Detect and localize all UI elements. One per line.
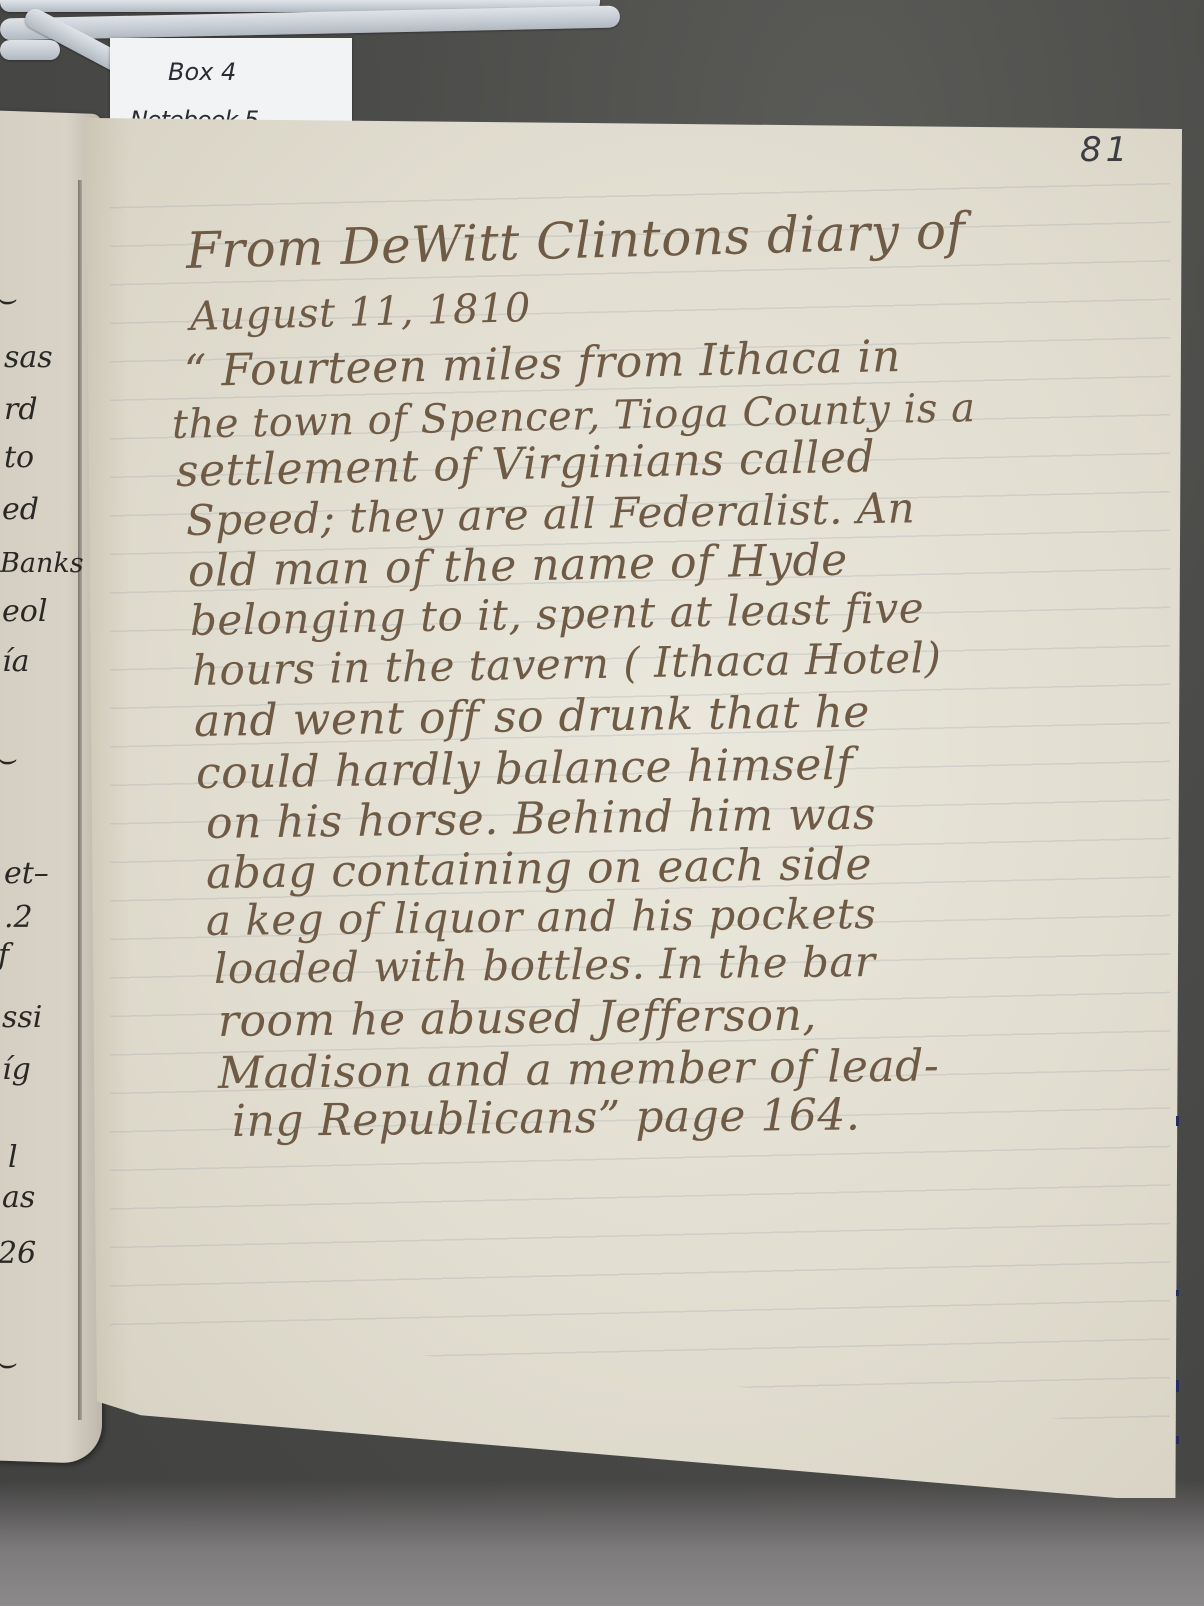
binding-cord (0, 40, 60, 60)
left-fragment: eol (2, 594, 47, 629)
edge-mark (1176, 1290, 1179, 1296)
handwritten-line: and went off so drunk that he (194, 687, 871, 747)
page-number: 81 (1080, 130, 1131, 170)
left-fragment: ⌣ (0, 742, 16, 777)
left-fragment: Banks (0, 548, 84, 579)
table-surface (0, 1480, 1204, 1606)
left-fragment: ía (2, 644, 29, 679)
handwritten-line: room he abused Jefferson, (218, 990, 817, 1047)
left-fragment: .2 (4, 900, 33, 935)
left-fragment: 26 (0, 1236, 36, 1271)
handwritten-line: loaded with bottles. In the bar (214, 937, 876, 993)
edge-mark (1176, 1116, 1179, 1126)
left-fragment: f (0, 938, 9, 973)
handwritten-line: a keg of liquor and his pockets (206, 889, 877, 945)
archive-box-number: Box 4 (168, 58, 236, 86)
edge-mark (1176, 1380, 1179, 1392)
edge-mark (1176, 1436, 1179, 1444)
left-fragment: ssi (2, 1000, 42, 1035)
left-fragment: ⌣ (0, 282, 16, 317)
left-fragment: sas (4, 340, 53, 375)
left-fragment: et– (4, 856, 49, 891)
left-fragment: rd (4, 392, 38, 427)
left-fragment: ed (2, 492, 39, 527)
left-fragment: as (2, 1180, 35, 1215)
left-fragment: l (8, 1140, 18, 1175)
handwritten-line: ing Republicans” page 164. (232, 1089, 861, 1147)
left-fragment: íg (2, 1052, 31, 1087)
left-fragment: ⌣ (0, 1346, 16, 1381)
binding-gutter (78, 180, 82, 1420)
handwritten-line: August 11, 1810 (189, 285, 531, 340)
left-fragment: to (4, 440, 34, 475)
